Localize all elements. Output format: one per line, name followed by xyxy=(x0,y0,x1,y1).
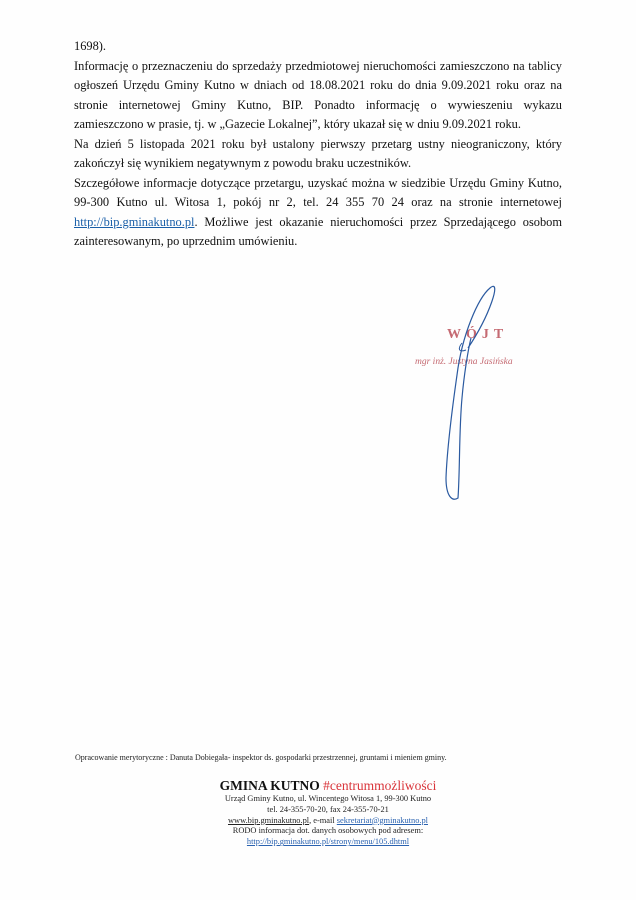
footer-email-label: , e-mail xyxy=(309,816,337,825)
footer-address: Urząd Gminy Kutno, ul. Wincentego Witosa… xyxy=(180,794,476,805)
paragraph-continuation: 1698). xyxy=(74,37,562,57)
footer-rodo-text: RODO informacja dot. danych osobowych po… xyxy=(180,826,476,837)
document-body: 1698). Informację o przeznaczeniu do spr… xyxy=(74,37,562,252)
footer-rodo-link[interactable]: http://bip.gminakutno.pl/strony/menu/105… xyxy=(247,837,409,846)
paragraph-contact-info: Szczegółowe informacje dotyczące przetar… xyxy=(74,174,562,252)
footer-website-link[interactable]: www.bip.gminakutno.pl xyxy=(228,816,309,825)
document-page: 1698). Informację o przeznaczeniu do spr… xyxy=(0,0,636,900)
footer-phone: tel. 24-355-70-20, fax 24-355-70-21 xyxy=(180,805,476,816)
footer-email-link[interactable]: sekretariat@gminakutno.pl xyxy=(337,816,428,825)
paragraph-publication-info: Informację o przeznaczeniu do sprzedaży … xyxy=(74,57,562,135)
brand-name: GMINA KUTNO xyxy=(220,778,320,793)
signature-title: WÓJT xyxy=(447,327,508,343)
footer-author-note: Opracowanie merytoryczne : Danuta Dobieg… xyxy=(75,753,447,762)
contact-text-before: Szczegółowe informacje dotyczące przetar… xyxy=(74,176,562,210)
footer-web-email: www.bip.gminakutno.pl, e-mail sekretaria… xyxy=(180,816,476,827)
brand-hashtag: #centrummożliwości xyxy=(323,778,436,793)
paragraph-first-auction: Na dzień 5 listopada 2021 roku był ustal… xyxy=(74,135,562,174)
bip-link[interactable]: http://bip.gminakutno.pl xyxy=(74,215,194,229)
footer-brand: GMINA KUTNO #centrummożliwości xyxy=(180,777,476,794)
signature-name: mgr inż. Justyna Jasińska xyxy=(415,357,513,367)
footer-contact-block: GMINA KUTNO #centrummożliwości Urząd Gmi… xyxy=(180,777,476,848)
